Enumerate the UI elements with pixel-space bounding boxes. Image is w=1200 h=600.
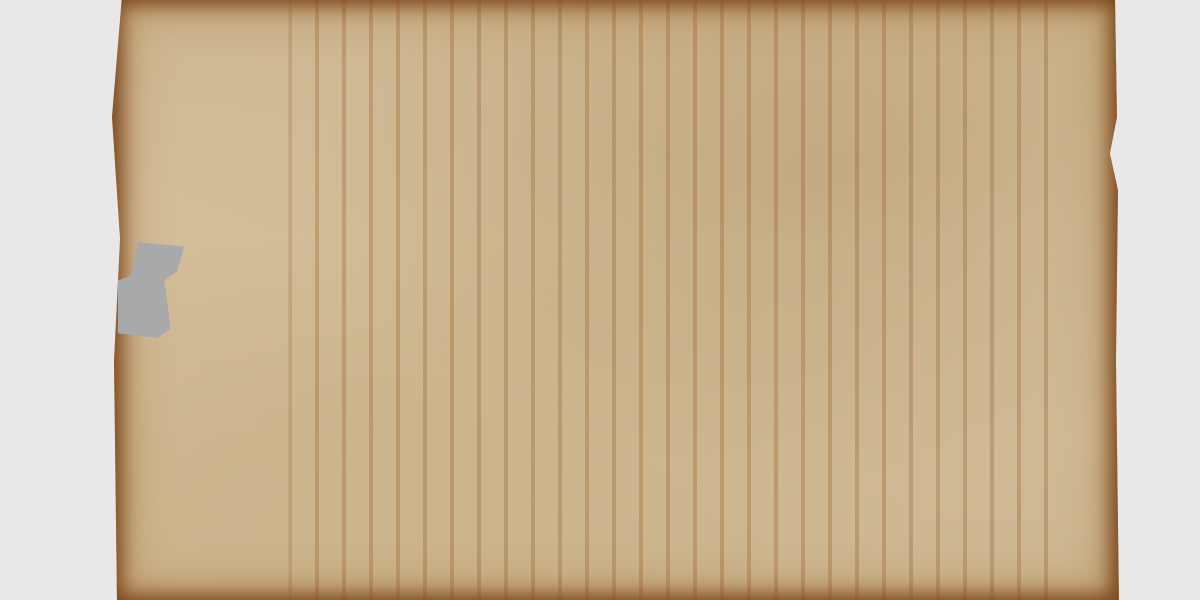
manuscript-leaf [112,0,1120,600]
text-columns [112,0,1120,600]
